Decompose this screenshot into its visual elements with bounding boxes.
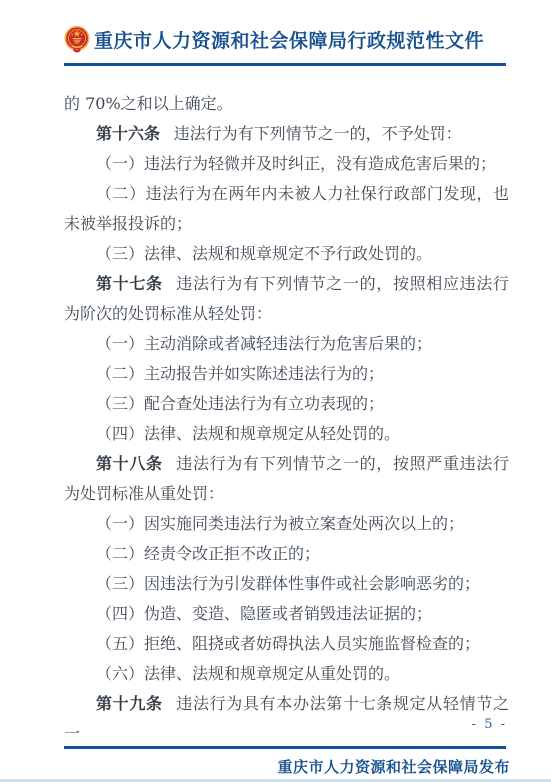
body-paragraph: 的 70%之和以上确定。 [64,89,509,119]
national-emblem-icon [63,25,91,53]
body-paragraph: （一）因实施同类违法行为被立案查处两次以上的； [64,509,509,539]
article-number: 第十八条 [96,454,163,473]
body-paragraph: 第十九条违法行为具有本办法第十七条规定从轻情节之一 [64,689,509,749]
body-paragraph: （六）法律、法规和规章规定从重处罚的。 [64,659,509,689]
page-number: - 5 - [472,717,507,732]
body-paragraph: （三）配合查处违法行为有立功表现的； [64,389,509,419]
body-paragraph: （一）主动消除或者减轻违法行为危害后果的； [64,329,509,359]
body-paragraph: （二）主动报告并如实陈述违法行为的； [64,359,509,389]
document-page: 重庆市人力资源和社会保障局行政规范性文件 的 70%之和以上确定。第十六条违法行… [0,0,551,782]
body-paragraph: 第十六条违法行为有下列情节之一的，不予处罚： [64,119,509,149]
body-paragraph: 第十七条违法行为有下列情节之一的，按照相应违法行为阶次的处罚标准从轻处罚： [64,269,509,329]
body-paragraph: （四）法律、法规和规章规定从轻处罚的。 [64,419,509,449]
publisher-label: 重庆市人力资源和社会保障局发布 [277,756,510,777]
body-paragraph: （三）法律、法规和规章规定不予行政处罚的。 [64,239,509,269]
article-number: 第十六条 [96,124,160,143]
document-header: 重庆市人力资源和社会保障局行政规范性文件 [63,25,484,53]
header-divider [64,63,506,66]
body-paragraph: （一）违法行为轻微并及时纠正，没有造成危害后果的； [64,149,509,179]
body-paragraph: （三）因违法行为引发群体性事件或社会影响恶劣的； [64,569,509,599]
body-paragraph: （五）拒绝、阻挠或者妨碍执法人员实施监督检查的； [64,629,509,659]
footer-divider [64,746,506,749]
body-paragraph: 第十八条违法行为有下列情节之一的，按照严重违法行为处罚标准从重处罚： [64,449,509,509]
body-paragraph: （四）伪造、变造、隐匿或者销毁违法证据的； [64,599,509,629]
body-paragraph: （二）经责令改正拒不改正的； [64,539,509,569]
article-number: 第十九条 [96,694,163,713]
document-title: 重庆市人力资源和社会保障局行政规范性文件 [94,26,484,53]
body-paragraph: （二）违法行为在两年内未被人力社保行政部门发现，也未被举报投诉的； [64,179,509,239]
document-body: 的 70%之和以上确定。第十六条违法行为有下列情节之一的，不予处罚：（一）违法行… [64,89,509,749]
article-number: 第十七条 [96,274,163,293]
